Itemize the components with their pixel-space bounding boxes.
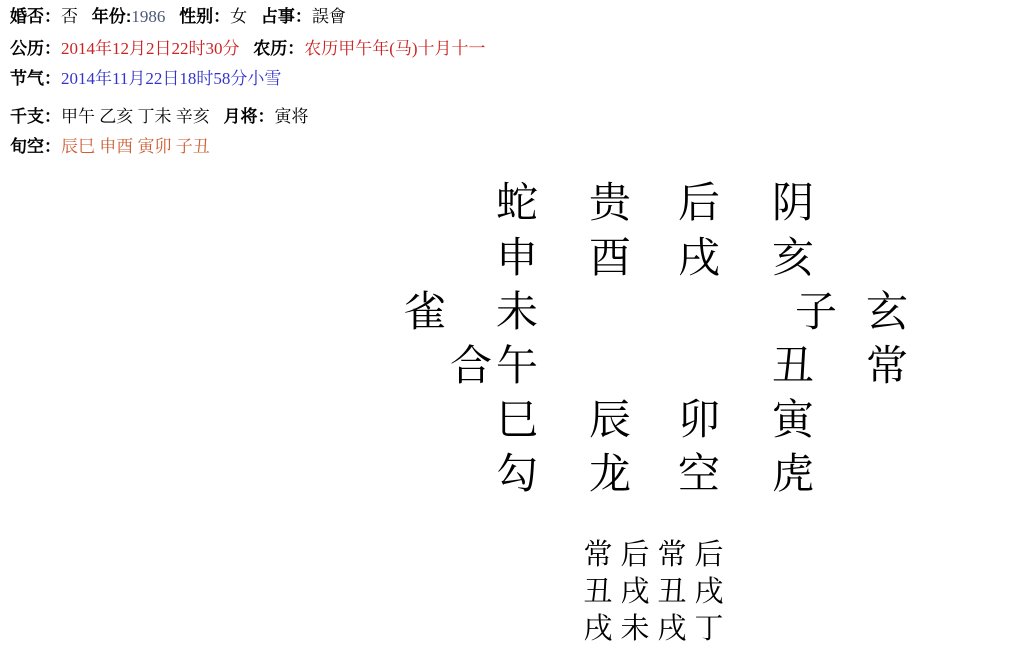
four-lessons: 常 后 常 后 丑 戌 丑 戌 戌 未 戌 丁: [582, 538, 742, 648]
lesson-cell: 后: [619, 538, 651, 572]
plate-branch-shen: 申: [494, 236, 540, 282]
lesson-cell: 戌: [619, 575, 651, 609]
plate-branch-yin: 寅: [770, 398, 816, 444]
plate-branch-wu: 午: [494, 344, 540, 390]
plate-general-gouchen: 勾: [494, 452, 540, 498]
plate-general-sparrow: 雀: [402, 290, 448, 336]
solar-term-label: 节气：: [10, 69, 61, 88]
plate-branch-mao: 卯: [676, 398, 722, 444]
header-line-xunkong: 旬空：辰巳 申酉 寅卯 子丑: [10, 136, 210, 158]
plate-general-snake: 蛇: [494, 181, 540, 227]
topic-label: 占事：: [261, 7, 312, 26]
plate-general-dragon: 龙: [587, 452, 633, 498]
ganzhi-value: 甲午 乙亥 丁未 辛亥: [61, 107, 210, 126]
marital-value: 否: [61, 7, 78, 26]
plate-general-tiger: 虎: [770, 452, 816, 498]
yuejiang-label: 月将：: [223, 107, 274, 126]
lesson-cell: 后: [693, 538, 725, 572]
liuren-result-page: 婚否：否 年份:1986 性别：女 占事：誤會 公历：2014年12月2日22时…: [0, 0, 1027, 665]
header-line-basic: 婚否：否 年份:1986 性别：女 占事：誤會: [10, 6, 346, 28]
plate-branch-you: 酉: [587, 236, 633, 282]
plate-branch-hai: 亥: [770, 236, 816, 282]
yuejiang-value: 寅将: [274, 107, 308, 126]
lesson-cell: 常: [656, 538, 688, 572]
gender-value: 女: [230, 7, 247, 26]
plate-general-yin: 阴: [770, 181, 816, 227]
lesson-cell: 丑: [656, 575, 688, 609]
plate-general-xuanwu: 玄: [864, 290, 910, 336]
plate-branch-chou: 丑: [770, 344, 816, 390]
plate-branch-xu: 戌: [676, 236, 722, 282]
plate-branch-chen: 辰: [587, 398, 633, 444]
lesson-cell: 戌: [693, 575, 725, 609]
header-line-solar-term: 节气：2014年11月22日18时58分小雪: [10, 68, 281, 90]
plate-branch-si: 巳: [494, 398, 540, 444]
header-line-ganzhi: 千支：甲午 乙亥 丁未 辛亥 月将：寅将: [10, 106, 308, 128]
lesson-cell: 未: [619, 612, 651, 646]
solar-value: 2014年12月2日22时30分: [61, 39, 240, 58]
plate-general-liuhe: 合: [448, 344, 494, 390]
solar-term-value: 2014年11月22日18时58分小雪: [61, 69, 281, 88]
ganzhi-label: 千支：: [10, 107, 61, 126]
year-label: 年份:: [92, 7, 132, 26]
plate-branch-wei: 未: [494, 290, 540, 336]
plate-general-void: 空: [676, 452, 722, 498]
xunkong-value: 辰巳 申酉 寅卯 子丑: [61, 137, 210, 156]
solar-label: 公历：: [10, 39, 61, 58]
lunar-label: 农历：: [253, 39, 304, 58]
xunkong-label: 旬空：: [10, 137, 61, 156]
header-line-dates: 公历：2014年12月2日22时30分 农历：农历甲午年(马)十月十一: [10, 38, 486, 60]
plate-general-noble: 贵: [587, 181, 633, 227]
marital-label: 婚否：: [10, 7, 61, 26]
plate-general-taichang: 常: [864, 344, 910, 390]
lesson-cell: 丁: [693, 612, 725, 646]
lesson-cell: 常: [582, 538, 614, 572]
gender-label: 性别：: [179, 7, 230, 26]
year-value: 1986: [131, 7, 165, 26]
plate-general-empress: 后: [676, 181, 722, 227]
lesson-cell: 丑: [582, 575, 614, 609]
lesson-cell: 戌: [656, 612, 688, 646]
lesson-cell: 戌: [582, 612, 614, 646]
lunar-value: 农历甲午年(马)十月十一: [304, 39, 485, 58]
topic-value: 誤會: [312, 7, 346, 26]
plate-branch-zi: 子: [793, 290, 839, 336]
